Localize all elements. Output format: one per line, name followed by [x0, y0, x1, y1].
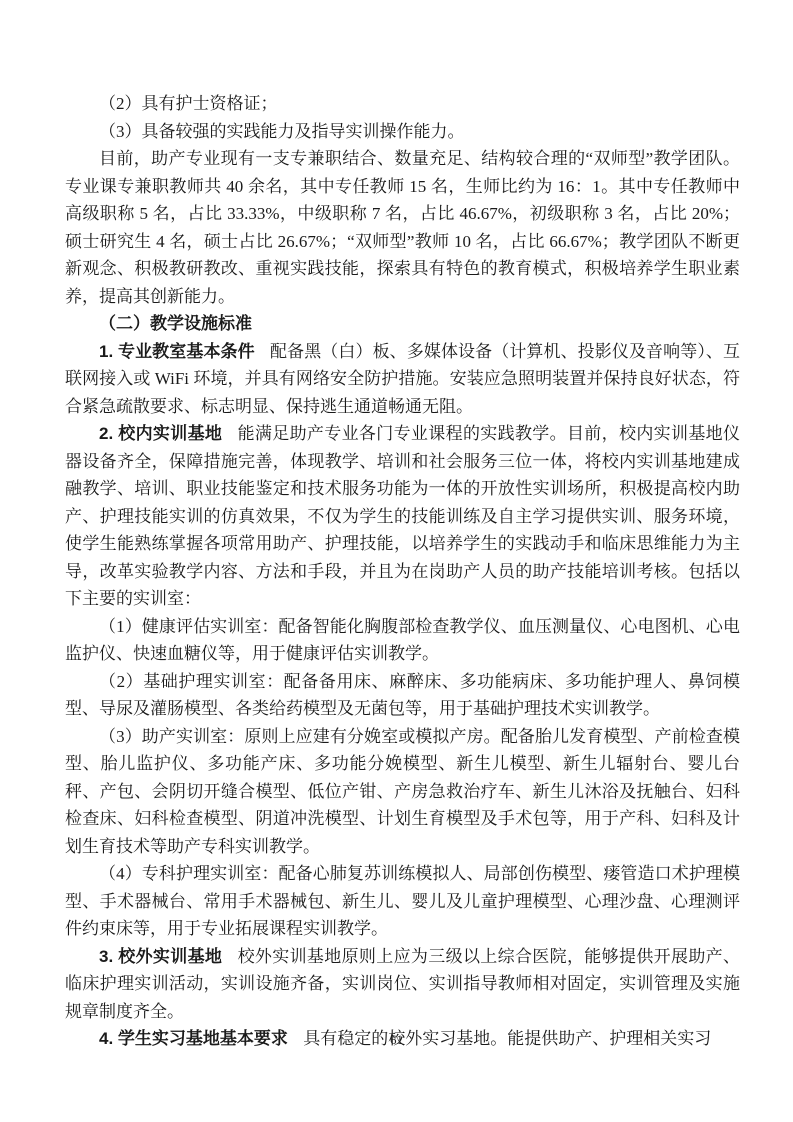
paragraph-text: （3）具备较强的实践能力及指导实训操作能力。 — [99, 122, 465, 141]
paragraph-text: （3）助产实训室：原则上应建有分娩室或模拟产房。配备胎儿发育模型、产前检查模型、… — [65, 727, 740, 856]
paragraph-offcampus-training-base: 3. 校外实训基地校外实训基地原则上应为三级以上综合医院，能够提供开展助产、临床… — [65, 943, 740, 1026]
page-content: （2）具有护士资格证； （3）具备较强的实践能力及指导实训操作能力。 目前，助产… — [65, 90, 740, 1053]
page-number: 61 — [0, 1032, 793, 1048]
paragraph-heading-label: 1. 专业教室基本条件 — [99, 342, 255, 361]
paragraph-text: （1）健康评估实训室：配备智能化胸腹部检查教学仪、血压测量仪、心电图机、心电监护… — [65, 617, 740, 664]
paragraph-heading-label: 3. 校外实训基地 — [99, 947, 222, 966]
paragraph-campus-training-base: 2. 校内实训基地能满足助产专业各门专业课程的实践教学。目前，校内实训基地仪器设… — [65, 420, 740, 613]
paragraph-text: 能满足助产专业各门专业课程的实践教学。目前，校内实训基地仪器设备齐全，保障措施完… — [65, 424, 740, 608]
paragraph-text: 目前，助产专业现有一支专兼职结合、数量充足、结构较合理的“双师型”教学团队。专业… — [65, 149, 740, 306]
paragraph-text: （2）基础护理实训室：配备备用床、麻醉床、多功能病床、多功能护理人、鼻饲模型、导… — [65, 672, 740, 719]
document-page: （2）具有护士资格证； （3）具备较强的实践能力及指导实训操作能力。 目前，助产… — [0, 0, 793, 1122]
paragraph-classroom-requirements: 1. 专业教室基本条件配备黑（白）板、多媒体设备（计算机、投影仪及音响等）、互联… — [65, 338, 740, 421]
paragraph-heading-label: 2. 校内实训基地 — [99, 424, 222, 443]
paragraph-text: （2）具有护士资格证； — [99, 94, 278, 113]
paragraph-item-2-nurse-cert: （2）具有护士资格证； — [65, 90, 740, 118]
paragraph-text: （4）专科护理实训室：配备心肺复苏训练模拟人、局部创伤模型、瘘管造口术护理模型、… — [65, 864, 740, 938]
paragraph-training-room-4-specialty-nursing: （4）专科护理实训室：配备心肺复苏训练模拟人、局部创伤模型、瘘管造口术护理模型、… — [65, 860, 740, 943]
paragraph-item-3-practical-ability: （3）具备较强的实践能力及指导实训操作能力。 — [65, 118, 740, 146]
paragraph-training-room-1-health-assessment: （1）健康评估实训室：配备智能化胸腹部检查教学仪、血压测量仪、心电图机、心电监护… — [65, 613, 740, 668]
paragraph-training-room-2-basic-nursing: （2）基础护理实训室：配备备用床、麻醉床、多功能病床、多功能护理人、鼻饲模型、导… — [65, 668, 740, 723]
section-heading-label: （二）教学设施标准 — [99, 314, 252, 333]
paragraph-faculty-overview: 目前，助产专业现有一支专兼职结合、数量充足、结构较合理的“双师型”教学团队。专业… — [65, 145, 740, 310]
paragraph-training-room-3-midwifery: （3）助产实训室：原则上应建有分娩室或模拟产房。配备胎儿发育模型、产前检查模型、… — [65, 723, 740, 861]
section-heading-teaching-facilities: （二）教学设施标准 — [65, 310, 740, 338]
